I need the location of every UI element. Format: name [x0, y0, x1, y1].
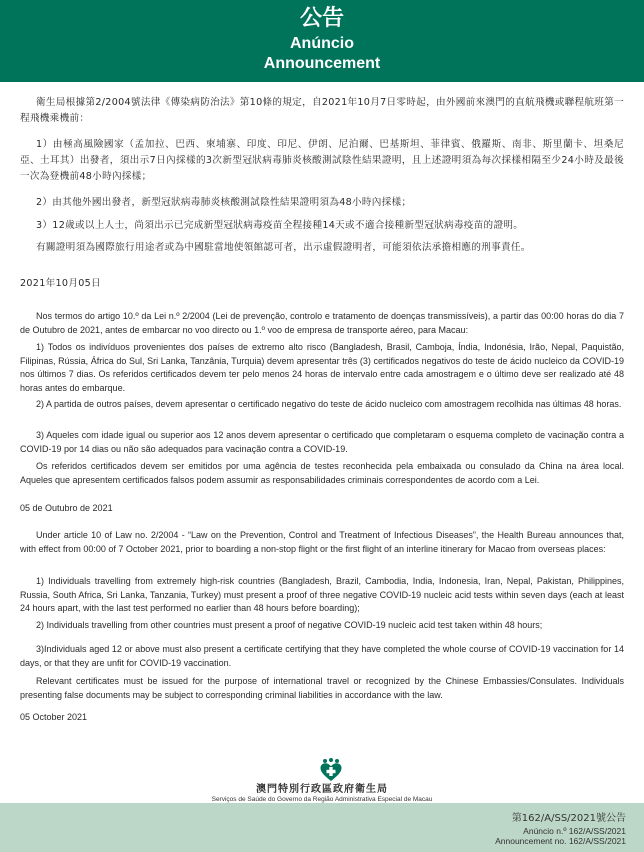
portuguese-item-3: 3) Aqueles com idade igual ou superior a… [20, 429, 624, 456]
reference-number-english: Announcement no. 162/A/SS/2021 [495, 836, 626, 846]
english-closing: Relevant certificates must be issued for… [20, 675, 624, 702]
chinese-item-3: 3）12歲或以上人士，尚須出示已完成新型冠狀病毒疫苗全程接種14天或不適合接種新… [20, 218, 624, 234]
title-english: Announcement [0, 54, 644, 74]
chinese-intro: 衛生局根據第2/2004號法律《傳染病防治法》第10條的規定，自2021年10月… [20, 95, 624, 127]
reference-number-portuguese: Anúncio n.º 162/A/SS/2021 [523, 826, 626, 836]
health-bureau-heart-cross-icon [319, 758, 343, 782]
portuguese-item-2: 2) A partida de outros países, devem apr… [20, 398, 624, 412]
portuguese-date: 05 de Outubro de 2021 [20, 502, 624, 516]
title-chinese: 公告 [0, 6, 644, 32]
title-portuguese: Anúncio [0, 34, 644, 54]
english-item-3: 3)Individuals aged 12 or above must also… [20, 643, 624, 670]
english-date: 05 October 2021 [20, 711, 624, 725]
chinese-closing: 有關證明須為國際旅行用途者或為中國駐當地使領館認可者，出示虛假證明者，可能須依法… [20, 240, 624, 256]
announcement-footer: 第162/A/SS/2021號公告 Anúncio n.º 162/A/SS/2… [0, 803, 644, 852]
chinese-date: 2021年10月05日 [20, 276, 624, 292]
chinese-item-2: 2）由其他外國出發者，新型冠狀病毒肺炎核酸測試陰性結果證明須為48小時內採樣； [20, 195, 624, 211]
portuguese-closing: Os referidos certificados devem ser emit… [20, 460, 624, 487]
english-item-1: 1) Individuals travelling from extremely… [20, 575, 624, 616]
english-item-2: 2) Individuals travelling from other cou… [20, 619, 624, 633]
english-intro: Under article 10 of Law no. 2/2004 - “La… [20, 529, 624, 556]
announcement-header: 公告 Anúncio Announcement [0, 0, 644, 82]
health-bureau-name-chinese: 澳門特別行政區政府衛生局 [0, 784, 644, 796]
portuguese-item-1: 1) Todos os indivíduos provenientes dos … [20, 341, 624, 395]
portuguese-intro: Nos termos do artigo 10.º da Lei n.º 2/2… [20, 310, 624, 337]
chinese-item-1: 1）由極高風險國家（孟加拉、巴西、柬埔寨、印度、印尼、伊朗、尼泊爾、巴基斯坦、菲… [20, 137, 624, 185]
reference-number-chinese: 第162/A/SS/2021號公告 [512, 813, 626, 825]
